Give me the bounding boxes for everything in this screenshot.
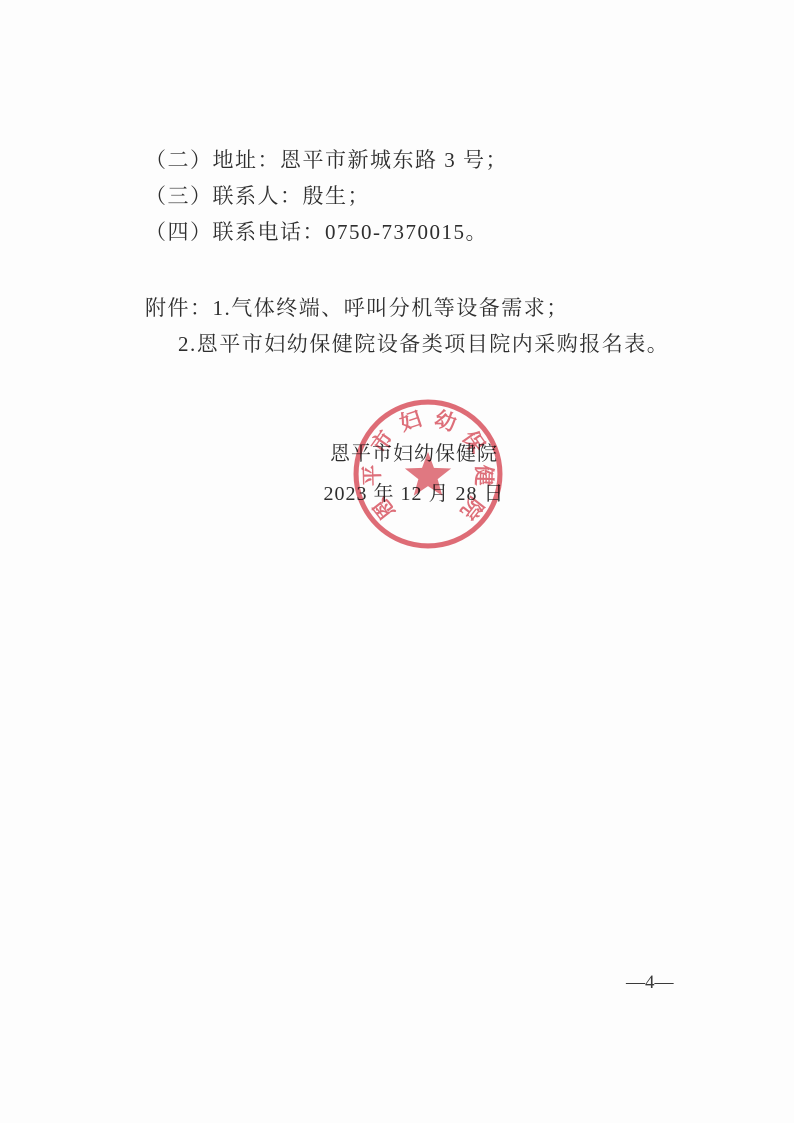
seal-graphic: 恩平市妇幼保健院 [352,398,504,550]
star-icon [405,452,451,496]
attachment-item-2: 2.恩平市妇幼保健院设备类项目院内采购报名表。 [178,328,669,358]
address-line: （二）地址：恩平市新城东路 3 号； [145,144,508,174]
contact-person-line: （三）联系人：殷生； [145,180,370,210]
official-seal-stamp: 恩平市妇幼保健院 [352,398,504,550]
contact-phone-line: （四）联系电话：0750-7370015。 [145,216,488,246]
attachment-item-1: 附件：1.气体终端、呼叫分机等设备需求； [145,292,569,322]
document-page: （二）地址：恩平市新城东路 3 号； （三）联系人：殷生； （四）联系电话：07… [0,0,794,1123]
svg-text:平: 平 [360,464,385,486]
svg-text:健: 健 [471,463,497,487]
svg-text:幼: 幼 [432,406,460,435]
page-number: —4— [626,972,674,994]
